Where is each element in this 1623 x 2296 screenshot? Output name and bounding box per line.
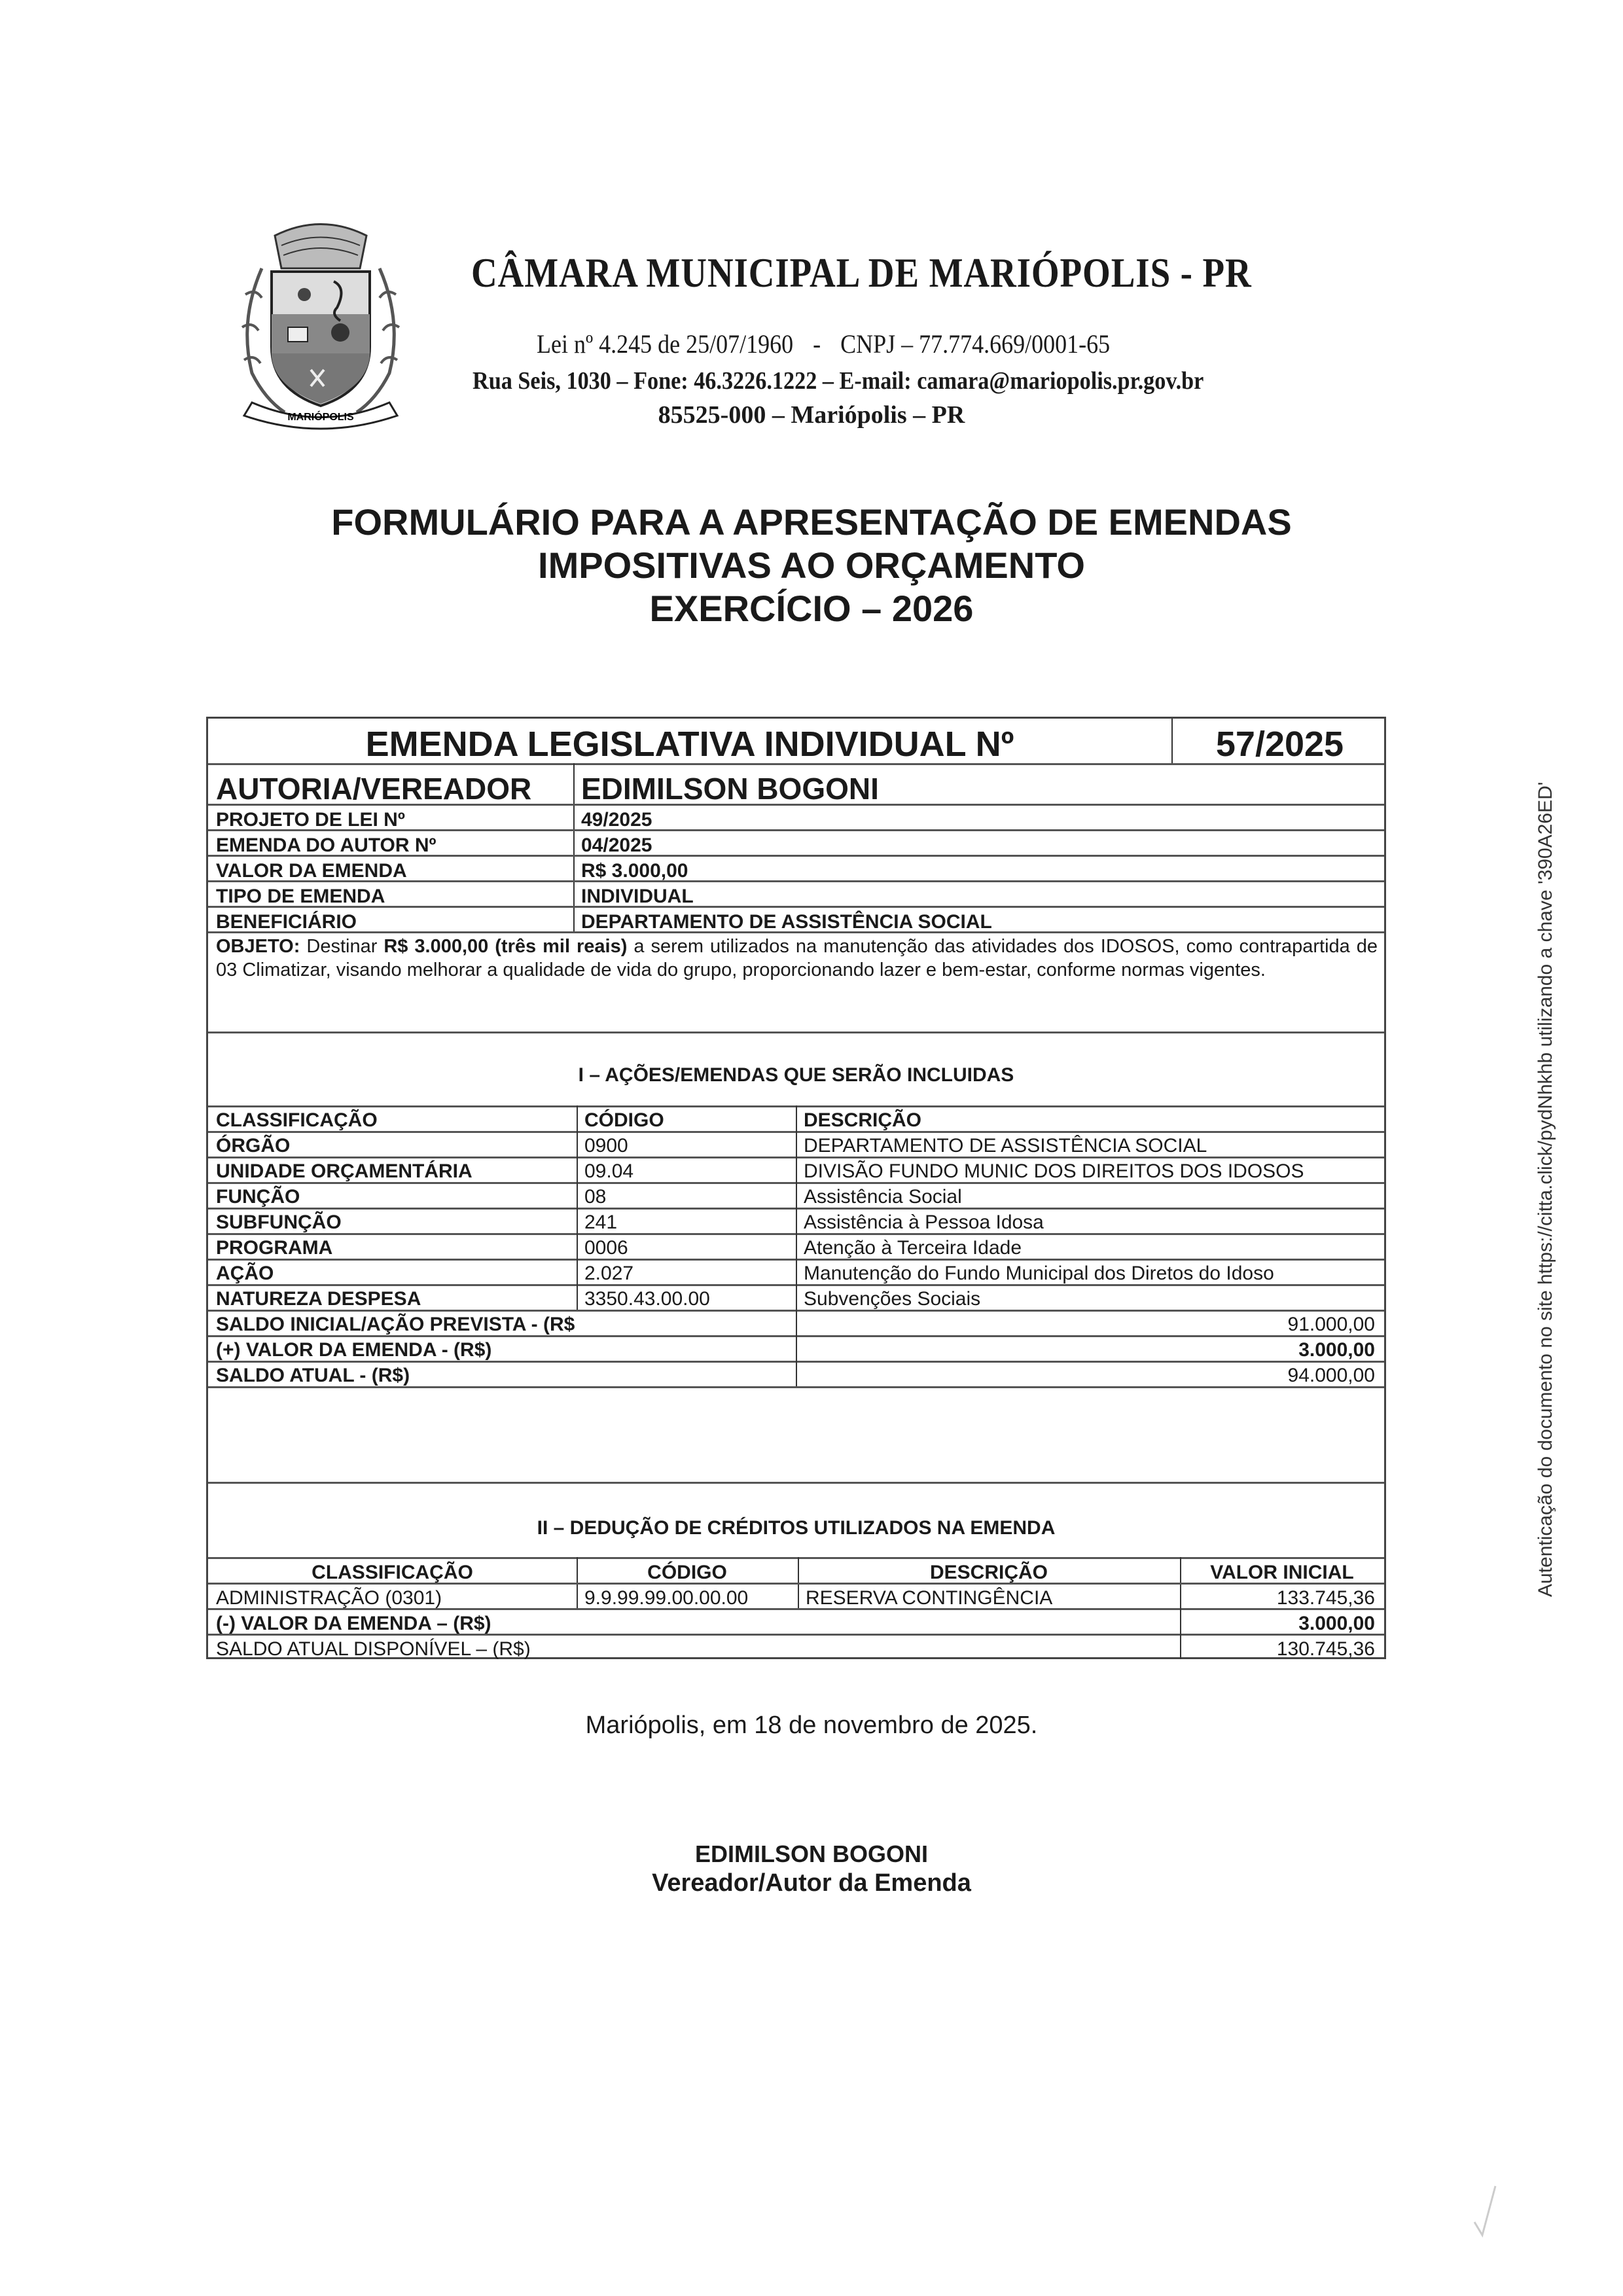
sec2-classificacao: ADMINISTRAÇÃO (0301) (216, 1587, 442, 1609)
divider (208, 763, 1384, 765)
divider (208, 855, 1384, 857)
table-row-codigo: 3350.43.00.00 (584, 1288, 710, 1310)
address-contact-line: Rua Seis, 1030 – Fone: 46.3226.1222 – E-… (473, 367, 1204, 395)
section-2-title: II – DEDUÇÃO DE CRÉDITOS UTILIZADOS NA E… (208, 1517, 1384, 1539)
divider (208, 1634, 1384, 1636)
author-label: AUTORIA/VEREADOR (216, 771, 531, 806)
sec1-header-descricao: DESCRIÇÃO (804, 1109, 921, 1132)
divider (1180, 1608, 1181, 1659)
table-row-classificacao: AÇÃO (216, 1263, 274, 1285)
objeto-label: OBJETO: (216, 936, 300, 957)
sec1-summary-label: SALDO ATUAL - (R$) (216, 1365, 410, 1387)
table-row-descricao: Assistência à Pessoa Idosa (804, 1211, 1044, 1234)
city-line: 85525-000 – Mariópolis – PR (0, 401, 1623, 429)
table-row-descricao: DIVISÃO FUNDO MUNIC DOS DIREITOS DOS IDO… (804, 1160, 1304, 1183)
amendment-heading: EMENDA LEGISLATIVA INDIVIDUAL Nº (208, 724, 1171, 764)
divider (796, 1105, 797, 1386)
signer-role: Vereador/Autor da Emenda (0, 1869, 1623, 1897)
signer-name: EDIMILSON BOGONI (0, 1840, 1623, 1868)
objeto-text: Destinar (300, 936, 383, 957)
field-value-projeto: 49/2025 (581, 809, 652, 831)
sec2-header-descricao: DESCRIÇÃO (798, 1562, 1180, 1584)
form-title: FORMULÁRIO PARA A APRESENTAÇÃO DE EMENDA… (0, 501, 1623, 630)
form-title-line-2: IMPOSITIVAS AO ORÇAMENTO (0, 544, 1623, 587)
sec2-deduction-value: 3.000,00 (1298, 1613, 1375, 1635)
divider (208, 1608, 1384, 1610)
sec2-header-valor: VALOR INICIAL (1180, 1562, 1384, 1584)
sec2-descricao: RESERVA CONTINGÊNCIA (806, 1587, 1052, 1609)
field-value-beneficiario: DEPARTAMENTO DE ASSISTÊNCIA SOCIAL (581, 911, 992, 933)
table-row-classificacao: SUBFUNÇÃO (216, 1211, 342, 1234)
law-and-cnpj-line: Lei nº 4.245 de 25/07/1960-CNPJ – 77.774… (537, 329, 1110, 359)
divider (208, 1031, 1384, 1033)
table-row-codigo: 08 (584, 1186, 606, 1208)
table-row-descricao: Manutenção do Fundo Municipal dos Direto… (804, 1263, 1274, 1285)
table-row-codigo: 0006 (584, 1237, 628, 1259)
authentication-note: Autenticação do documento no site https:… (1535, 781, 1557, 1597)
divider (208, 1583, 1384, 1585)
place-and-date: Mariópolis, em 18 de novembro de 2025. (0, 1712, 1623, 1740)
section-1-table: CLASSIFICAÇÃOCÓDIGODESCRIÇÃOÓRGÃO0900DEP… (208, 1105, 1384, 1386)
divider (208, 880, 1384, 882)
sec2-header-codigo: CÓDIGO (577, 1562, 798, 1584)
sec1-summary-label: (+) VALOR DA EMENDA - (R$) (216, 1339, 491, 1361)
table-row-descricao: Atenção à Terceira Idade (804, 1237, 1022, 1259)
table-row-codigo: 241 (584, 1211, 617, 1234)
sec2-codigo: 9.9.99.99.00.00.00 (584, 1587, 748, 1609)
objeto-paragraph: OBJETO: Destinar R$ 3.000,00 (três mil r… (216, 935, 1378, 982)
table-row-classificacao: ÓRGÃO (216, 1135, 290, 1157)
field-label-projeto: PROJETO DE LEI Nº (216, 809, 405, 831)
separator: - (793, 329, 840, 359)
table-row-codigo: 0900 (584, 1135, 628, 1157)
cnpj: CNPJ – 77.774.669/0001-65 (840, 329, 1110, 359)
table-row-classificacao: NATUREZA DESPESA (216, 1288, 421, 1310)
sec1-header-classificacao: CLASSIFICAÇÃO (216, 1109, 378, 1132)
table-row-descricao: Assistência Social (804, 1186, 962, 1208)
law-reference: Lei nº 4.245 de 25/07/1960 (537, 329, 793, 359)
table-row-codigo: 09.04 (584, 1160, 633, 1183)
sec1-summary-value: 91.000,00 (1288, 1314, 1375, 1336)
sec2-balance-value: 130.745,36 (1277, 1638, 1375, 1660)
divider (208, 1482, 1384, 1484)
field-label-tipo: TIPO DE EMENDA (216, 886, 385, 908)
section-1-title: I – AÇÕES/EMENDAS QUE SERÃO INCLUIDAS (208, 1064, 1384, 1086)
sec2-header-classificacao: CLASSIFICAÇÃO (208, 1562, 577, 1584)
amendment-number: 57/2025 (1171, 724, 1388, 764)
field-value-valor: R$ 3.000,00 (581, 860, 688, 882)
field-label-emenda-autor: EMENDA DO AUTOR Nº (216, 834, 437, 857)
divider (208, 829, 1384, 831)
table-row-classificacao: PROGRAMA (216, 1237, 332, 1259)
objeto-amount: R$ 3.000,00 (três mil reais) (383, 936, 627, 957)
divider (208, 1557, 1384, 1559)
sec2-balance-label: SALDO ATUAL DISPONÍVEL – (R$) (216, 1638, 531, 1660)
field-label-valor: VALOR DA EMENDA (216, 860, 407, 882)
organization-name: CÂMARA MUNICIPAL DE MARIÓPOLIS - PR (471, 249, 1225, 297)
field-label-beneficiario: BENEFICIÁRIO (216, 911, 357, 933)
table-row-descricao: DEPARTAMENTO DE ASSISTÊNCIA SOCIAL (804, 1135, 1207, 1157)
table-row-descricao: Subvenções Sociais (804, 1288, 980, 1310)
divider (208, 931, 1384, 933)
divider (208, 1386, 1384, 1388)
divider (208, 804, 1384, 806)
table-row-classificacao: UNIDADE ORÇAMENTÁRIA (216, 1160, 473, 1183)
table-row-classificacao: FUNÇÃO (216, 1186, 300, 1208)
sec2-deduction-label: (-) VALOR DA EMENDA – (R$) (216, 1613, 491, 1635)
form-title-line-3: EXERCÍCIO – 2026 (0, 587, 1623, 630)
sec1-summary-label: SALDO INICIAL/AÇÃO PREVISTA - (R$ (216, 1314, 575, 1336)
sec1-summary-value: 94.000,00 (1288, 1365, 1375, 1387)
field-value-tipo: INDIVIDUAL (581, 886, 694, 908)
divider (208, 906, 1384, 908)
form-title-line-1: FORMULÁRIO PARA A APRESENTAÇÃO DE EMENDA… (0, 501, 1623, 544)
check-mark-icon (1469, 2179, 1502, 2238)
table-row-codigo: 2.027 (584, 1263, 633, 1285)
sec1-summary-value: 3.000,00 (1298, 1339, 1375, 1361)
author-value: EDIMILSON BOGONI (581, 771, 879, 806)
sec1-header-codigo: CÓDIGO (584, 1109, 664, 1132)
sec2-valor-inicial: 133.745,36 (1277, 1587, 1375, 1609)
field-value-emenda-autor: 04/2025 (581, 834, 652, 857)
amendment-form-table: EMENDA LEGISLATIVA INDIVIDUAL Nº 57/2025… (206, 717, 1386, 1659)
divider (577, 1105, 578, 1310)
municipal-crest-logo: MARIÓPOLIS (226, 216, 416, 432)
